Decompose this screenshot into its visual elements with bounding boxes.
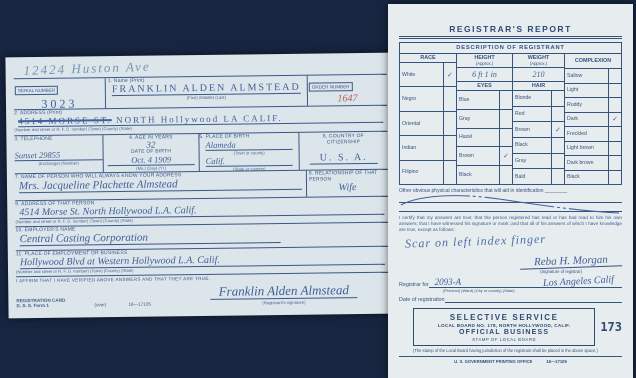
stamp-number: 173 [600, 320, 622, 334]
registrar-city-value: Los Angeles Calif [543, 274, 622, 289]
order-number-label: ORDER NUMBER [309, 82, 353, 92]
name-sublabels: (First) (Middle) (Last) [106, 94, 307, 101]
contact-name-cell: 7. NAME OF PERSON WHO WILL ALWAYS KNOW Y… [15, 171, 306, 201]
form-number: D. S. S. Form 1 [16, 302, 94, 308]
eyes-header: EYES [457, 82, 512, 91]
complexion-option-light-brown: Light brown [565, 142, 621, 157]
complexion-option-light: Light [565, 84, 621, 99]
race-option-indian: Indian [400, 136, 456, 160]
row-form-footer: REGISTRATION CARD D. S. S. Form 1 (over)… [16, 281, 389, 312]
stamp-of-local-board-label: STAMP OF LOCAL BOARD [416, 337, 592, 342]
complexion-option-dark: Dark✓ [565, 113, 621, 128]
race-option-white: White✓ [400, 63, 456, 87]
stamp-local-board: LOCAL BOARD NO. 178, NORTH HOLLYWOOD, CA… [416, 323, 592, 328]
stamp-instruction-note: (The stamp of the Local Board having jur… [413, 348, 613, 353]
eyes-option-black: Black [457, 166, 512, 184]
complexion-option-black: Black [565, 171, 621, 185]
relationship-cell: 8. RELATIONSHIP OF THAT PERSON Wife [306, 170, 388, 197]
complexion-column: COMPLEXION Sallow Light Ruddy Dark✓ Frec… [564, 54, 621, 184]
date-of-registration-blank [445, 296, 622, 303]
stamp-selective-service: SELECTIVE SERVICE [416, 313, 592, 322]
order-number-cell: ORDER NUMBER 1647 [307, 75, 387, 106]
race-option-negro: Negro [400, 87, 456, 111]
eyes-option-blue: Blue [457, 91, 512, 110]
eyes-option-brown: Brown✓ [457, 147, 512, 166]
complexion-option-sallow: Sallow [565, 69, 621, 84]
scan-background: 12424 Huston Ave SERIAL NUMBER 3023 1. N… [0, 0, 636, 378]
report-title: REGISTRAR'S REPORT [399, 24, 622, 34]
checkmark: ✓ [551, 122, 564, 137]
registrar-for-value: 2093-A [429, 277, 462, 287]
registrar-signature: Reba H. Morgan [520, 254, 622, 271]
citizenship-cell: 6. COUNTRY OF CITIZENSHIP U. S. A. [298, 132, 387, 170]
hair-option-brown: Brown✓ [513, 122, 564, 138]
gpo-text: U. S. GOVERNMENT PRINTING OFFICE [454, 359, 532, 364]
registration-card: 12424 Huston Ave SERIAL NUMBER 3023 1. N… [5, 53, 395, 319]
serial-number-label: SERIAL NUMBER [15, 86, 58, 96]
registrar-for-sublabels: (Precinct) (Ward) (City or county) (Stat… [399, 288, 622, 293]
date-of-registration-label: Date of registration [399, 297, 445, 303]
hair-header: HAIR [513, 82, 564, 91]
hair-option-black: Black [513, 138, 564, 154]
complexion-option-dark-brown: Dark brown [565, 156, 621, 171]
complexion-option-ruddy: Ruddy [565, 98, 621, 113]
over-note: (over) [94, 302, 128, 307]
hair-option-blonde: Blonde [513, 91, 564, 107]
address-struck-value: 4514 MORSE ST. [18, 115, 112, 126]
citizenship-value: U. S. A. [310, 152, 378, 165]
description-table: DESCRIPTION OF REGISTRANT RACE White✓ Ne… [399, 42, 622, 185]
name-cell: 1. Name (Print) FRANKLIN ALDEN ALMSTEAD … [106, 76, 307, 108]
citizenship-label: 6. COUNTRY OF CITIZENSHIP [299, 132, 387, 147]
dob-sublabels: (Mo.) (Day) (Yr.) [104, 165, 199, 171]
registrant-signature-block: Franklin Alden Almstead (Registrant's si… [178, 281, 389, 307]
stamp-row: SELECTIVE SERVICE LOCAL BOARD NO. 178, N… [399, 308, 622, 346]
telephone-label: 3. TELEPHONE [14, 135, 102, 142]
registrar-signature-sublabel: (Signature of registrar) [399, 269, 622, 274]
checkmark: ✓ [443, 63, 456, 86]
race-header: RACE [400, 54, 456, 63]
complexion-option-freckled: Freckled [565, 127, 621, 142]
hair-option-gray: Gray [513, 154, 564, 170]
telephone-cell: 3. TELEPHONE Sunset 29855 (Exchange) (Nu… [14, 135, 102, 173]
weight-value: 210 [513, 68, 564, 82]
title-rule [399, 36, 622, 39]
stamp-official-business: OFFICIAL BUSINESS [416, 329, 592, 336]
relationship-label: 8. RELATIONSHIP OF THAT PERSON [307, 170, 388, 183]
description-header: DESCRIPTION OF REGISTRANT [400, 43, 621, 54]
address-value: NORTH Hollywood LA CALIF. [112, 113, 283, 125]
order-number-value: 1647 [308, 93, 387, 105]
checkmark: ✓ [499, 147, 512, 165]
row-phone-age-birth: 3. TELEPHONE Sunset 29855 (Exchange) (Nu… [14, 132, 387, 175]
race-option-oriental: Oriental [400, 112, 456, 136]
height-eyes-column: HEIGHT(Approx.) 6 ft 1 in EYES Blue Gray… [456, 54, 512, 184]
eyes-option-gray: Gray [457, 110, 512, 129]
serial-number-cell: SERIAL NUMBER 3023 [14, 78, 106, 109]
height-value: 6 ft 1 in [457, 68, 512, 82]
form-id-block: REGISTRATION CARD D. S. S. Form 1 [16, 297, 94, 308]
registrant-signature: Franklin Alden Almstead [211, 282, 357, 300]
hair-option-bald: Bald [513, 169, 564, 184]
hair-option-red: Red [513, 107, 564, 123]
gpo-footer: U. S. GOVERNMENT PRINTING OFFICE 16—1710… [399, 356, 622, 364]
gpo-code: 16—17105 [546, 359, 567, 364]
row-serial-name-order: SERIAL NUMBER 3023 1. Name (Print) FRANK… [14, 74, 387, 111]
age-dob-cell: 4. AGE IN YEARS 32 DATE OF BIRTH Oct. 4 … [102, 134, 198, 172]
checkmark: ✓ [608, 113, 621, 127]
registrar-for-label: Registrar for [399, 282, 429, 288]
row-employment-place: 11. PLACE OF EMPLOYMENT OR BUSINESS Holl… [16, 247, 389, 278]
relationship-value: Wife [307, 182, 388, 194]
print-code: 16—17105 [128, 301, 178, 307]
blank-rule-1 [399, 194, 622, 203]
registrar-signature-block: Reba H. Morgan (Signature of registrar) [399, 251, 622, 274]
employer-value: Central Casting Corporation [20, 230, 281, 246]
date-of-registration-row: Date of registration [399, 296, 622, 303]
eyes-option-hazel: Hazel [457, 129, 512, 148]
weight-hair-column: WEIGHT(Approx.) 210 HAIR Blonde Red Brow… [512, 54, 564, 184]
telephone-sublabels: (Exchange) (Number) [15, 160, 103, 166]
race-column: RACE White✓ Negro Oriental Indian Filipi… [400, 54, 456, 184]
complexion-header: COMPLEXION [565, 54, 621, 69]
weight-header: WEIGHT(Approx.) [513, 54, 564, 68]
height-header: HEIGHT(Approx.) [457, 54, 512, 68]
registrar-for-row: Registrar for 2093-A Los Angeles Calif [399, 276, 622, 288]
race-option-filipino: Filipino [400, 161, 456, 184]
contact-name-value: Mrs. Jacqueline Plachette Almstead [19, 177, 302, 193]
blank-rule-2 [399, 203, 622, 212]
birthplace-cell: 5. PLACE OF BIRTH Alameda (Town or count… [198, 133, 298, 171]
local-board-stamp: SELECTIVE SERVICE LOCAL BOARD NO. 178, N… [413, 308, 595, 346]
registrars-report-page: REGISTRAR'S REPORT DESCRIPTION OF REGIST… [388, 4, 633, 378]
